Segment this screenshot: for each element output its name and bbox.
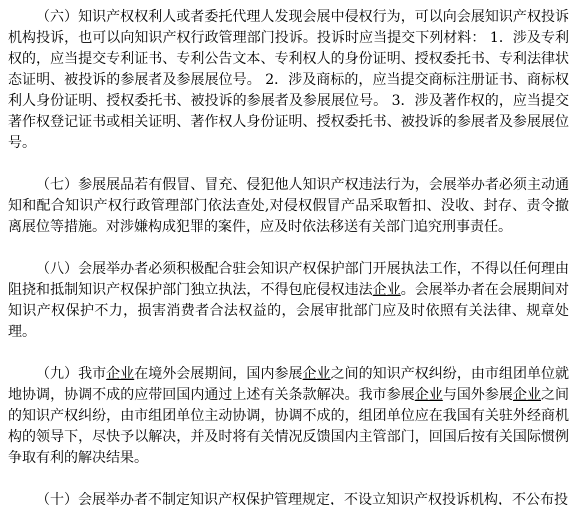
paragraph-7: （七）参展展品若有假冒、冒充、侵犯他人知识产权违法行为，会展举办者必须主动通知和… bbox=[8, 175, 569, 238]
text-segment: （六）知识产权权利人或者委托代理人发现会展中侵权行为，可以向会展知识产权投诉机构… bbox=[8, 9, 569, 151]
paragraph-9: （九）我市企业在境外会展期间，国内参展企业之间的知识产权纠纷，由市组团单位就地协… bbox=[8, 364, 569, 469]
enterprise-keyword-link[interactable]: 企业 bbox=[513, 387, 541, 403]
enterprise-keyword-link[interactable]: 企业 bbox=[106, 366, 134, 382]
text-segment: （九）我市 bbox=[36, 366, 106, 382]
paragraph-6: （六）知识产权权利人或者委托代理人发现会展中侵权行为，可以向会展知识产权投诉机构… bbox=[8, 7, 569, 154]
text-segment: 与国外参展 bbox=[443, 387, 513, 403]
text-segment: （十）会展举办者不制定知识产权保护管理规定，不设立知识产权投诉机构，不公布投 bbox=[36, 492, 568, 505]
enterprise-keyword-link[interactable]: 企业 bbox=[373, 282, 401, 298]
paragraph-10: （十）会展举办者不制定知识产权保护管理规定，不设立知识产权投诉机构，不公布投 bbox=[8, 490, 569, 505]
text-segment: 在境外会展期间，国内参展 bbox=[134, 366, 302, 382]
document-body: （六）知识产权权利人或者委托代理人发现会展中侵权行为，可以向会展知识产权投诉机构… bbox=[0, 0, 577, 505]
paragraph-8: （八）会展举办者必须积极配合驻会知识产权保护部门开展执法工作，不得以任何理由阻挠… bbox=[8, 259, 569, 343]
enterprise-keyword-link[interactable]: 企业 bbox=[303, 366, 331, 382]
enterprise-keyword-link[interactable]: 企业 bbox=[415, 387, 443, 403]
text-segment: （七）参展展品若有假冒、冒充、侵犯他人知识产权违法行为，会展举办者必须主动通知和… bbox=[8, 177, 569, 235]
